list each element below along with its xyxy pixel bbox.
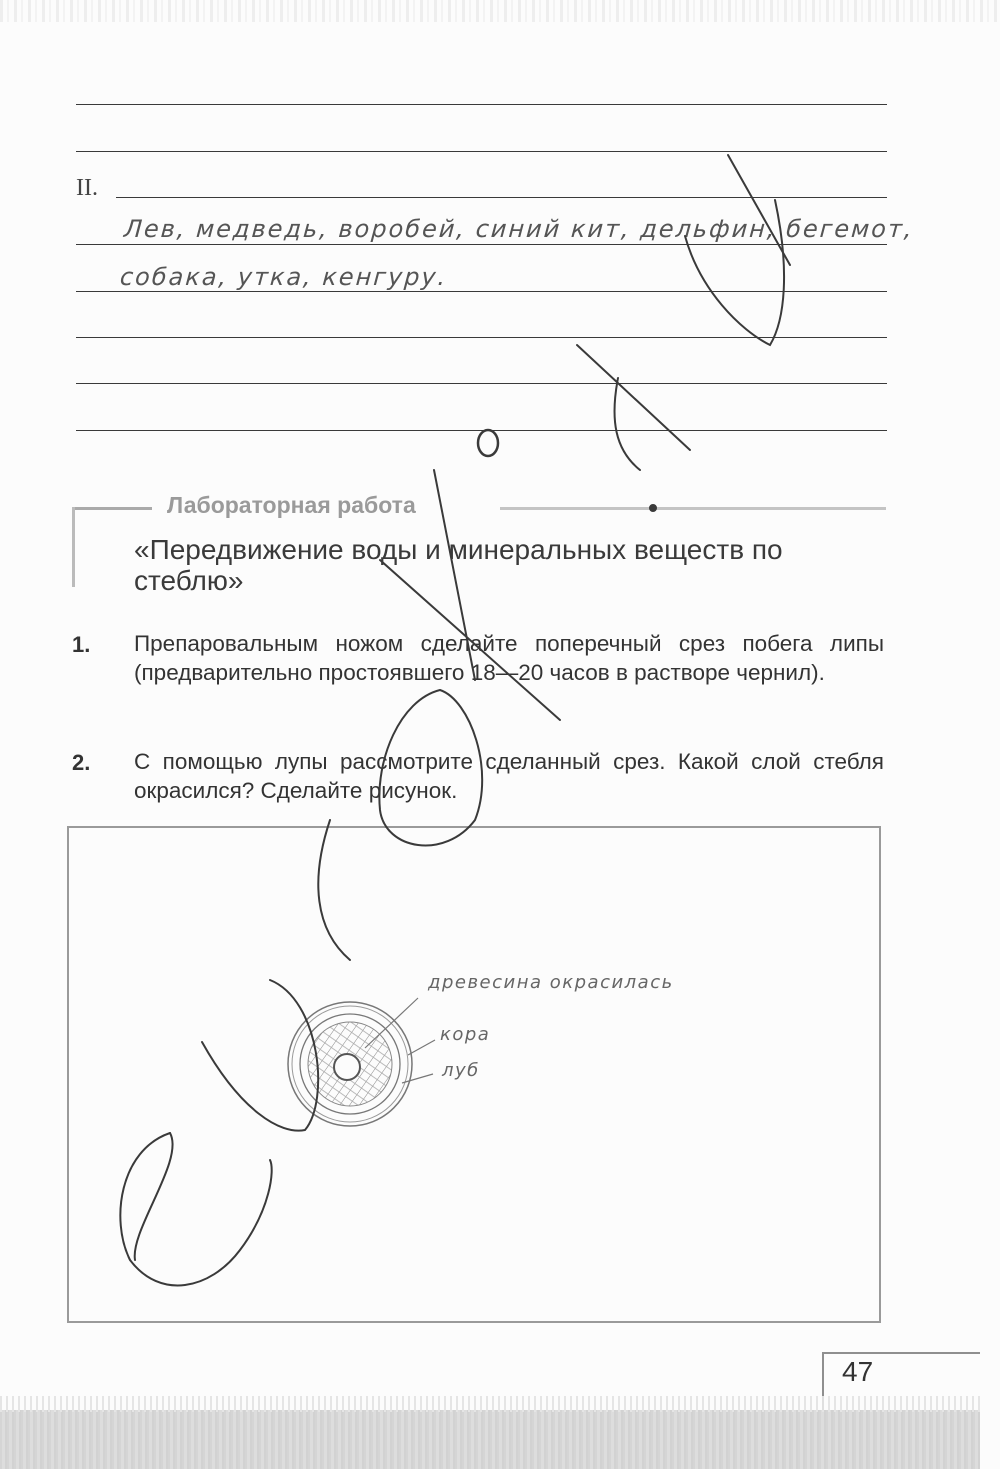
page-number: 47 xyxy=(842,1356,873,1388)
pencil-scribble-icon xyxy=(120,155,790,1285)
stem-cross-section-icon xyxy=(288,998,435,1126)
pencil-drawing xyxy=(0,0,1000,1469)
scan-noise-bottom xyxy=(0,1410,980,1469)
